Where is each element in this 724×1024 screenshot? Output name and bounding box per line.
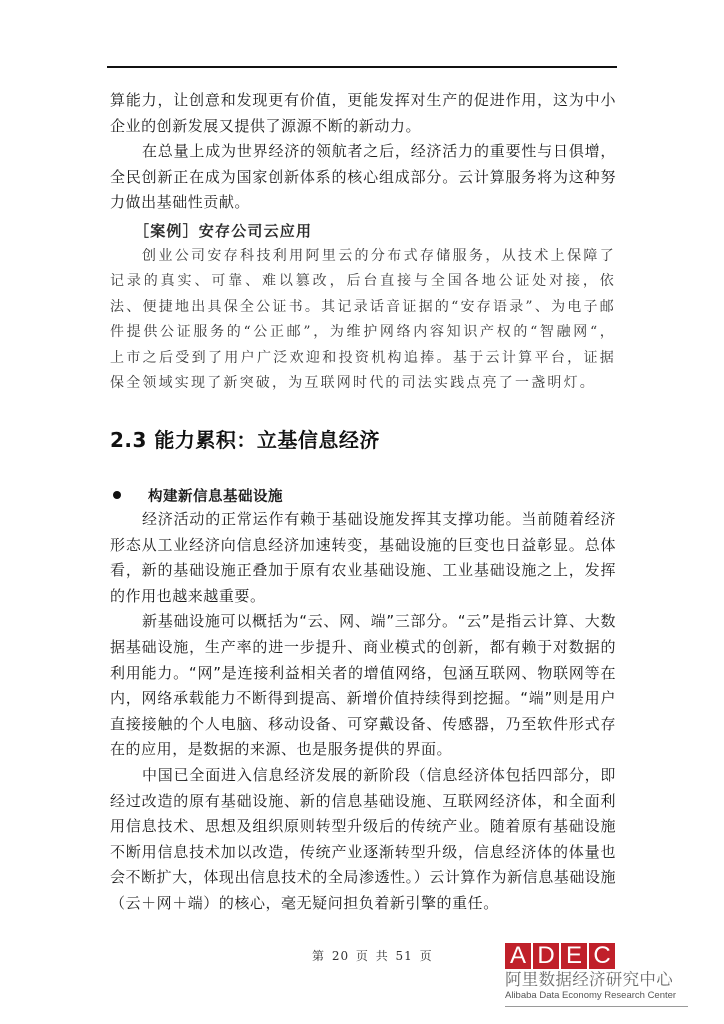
page-number: 第 20 页 共 51 页 [312, 947, 433, 964]
case-study-body: 创业公司安存科技利用阿里云的分布式存储服务，从技术上保障了记录的真实、可靠、难以… [110, 244, 616, 396]
logo-letter: C [589, 943, 615, 969]
bullet-label: 构建新信息基础设施 [148, 485, 283, 506]
logo-underline [505, 1006, 688, 1007]
paragraph: 算能力，让创意和发现更有价值，更能发挥对生产的促进作用，这为中小企业的创新发展又… [110, 88, 616, 139]
document-page: 算能力，让创意和发现更有价值，更能发挥对生产的促进作用，这为中小企业的创新发展又… [0, 0, 724, 1024]
paragraph: 在总量上成为世界经济的领航者之后，经济活力的重要性与日俱增，全民创新正在成为国家… [110, 139, 616, 216]
paragraph: 经济活动的正常运作有赖于基础设施发挥其支撑功能。当前随着经济形态从工业经济向信息… [110, 507, 616, 609]
header-rule [107, 66, 617, 68]
case-study: ［案例］安存公司云应用 创业公司安存科技利用阿里云的分布式存储服务，从技术上保障… [110, 218, 616, 396]
paragraph: 中国已全面进入信息经济发展的新阶段（信息经济体包括四部分，即经过改造的原有基础设… [110, 763, 616, 917]
logo-letter: A [505, 943, 531, 969]
bullet-icon [113, 491, 121, 499]
paragraph: 新基础设施可以概括为“云、网、端”三部分。“云”是指云计算、大数据基础设施，生产… [110, 609, 616, 763]
logo-letters: A D E C [505, 943, 685, 969]
logo-letter: E [561, 943, 587, 969]
top-section: 算能力，让创意和发现更有价值，更能发挥对生产的促进作用，这为中小企业的创新发展又… [110, 88, 616, 396]
bullet-item: 构建新信息基础设施 [110, 485, 283, 505]
logo-english-name: Alibaba Data Economy Research Center [505, 990, 685, 1002]
logo-chinese-name: 阿里数据经济研究中心 [505, 970, 685, 990]
section-body: 经济活动的正常运作有赖于基础设施发挥其支撑功能。当前随着经济形态从工业经济向信息… [110, 507, 616, 917]
section-heading: 2.3 能力累积：立基信息经济 [110, 424, 380, 453]
logo-letter: D [533, 943, 559, 969]
case-study-title: ［案例］安存公司云应用 [110, 218, 616, 244]
adec-logo: A D E C 阿里数据经济研究中心 Alibaba Data Economy … [505, 943, 685, 1007]
